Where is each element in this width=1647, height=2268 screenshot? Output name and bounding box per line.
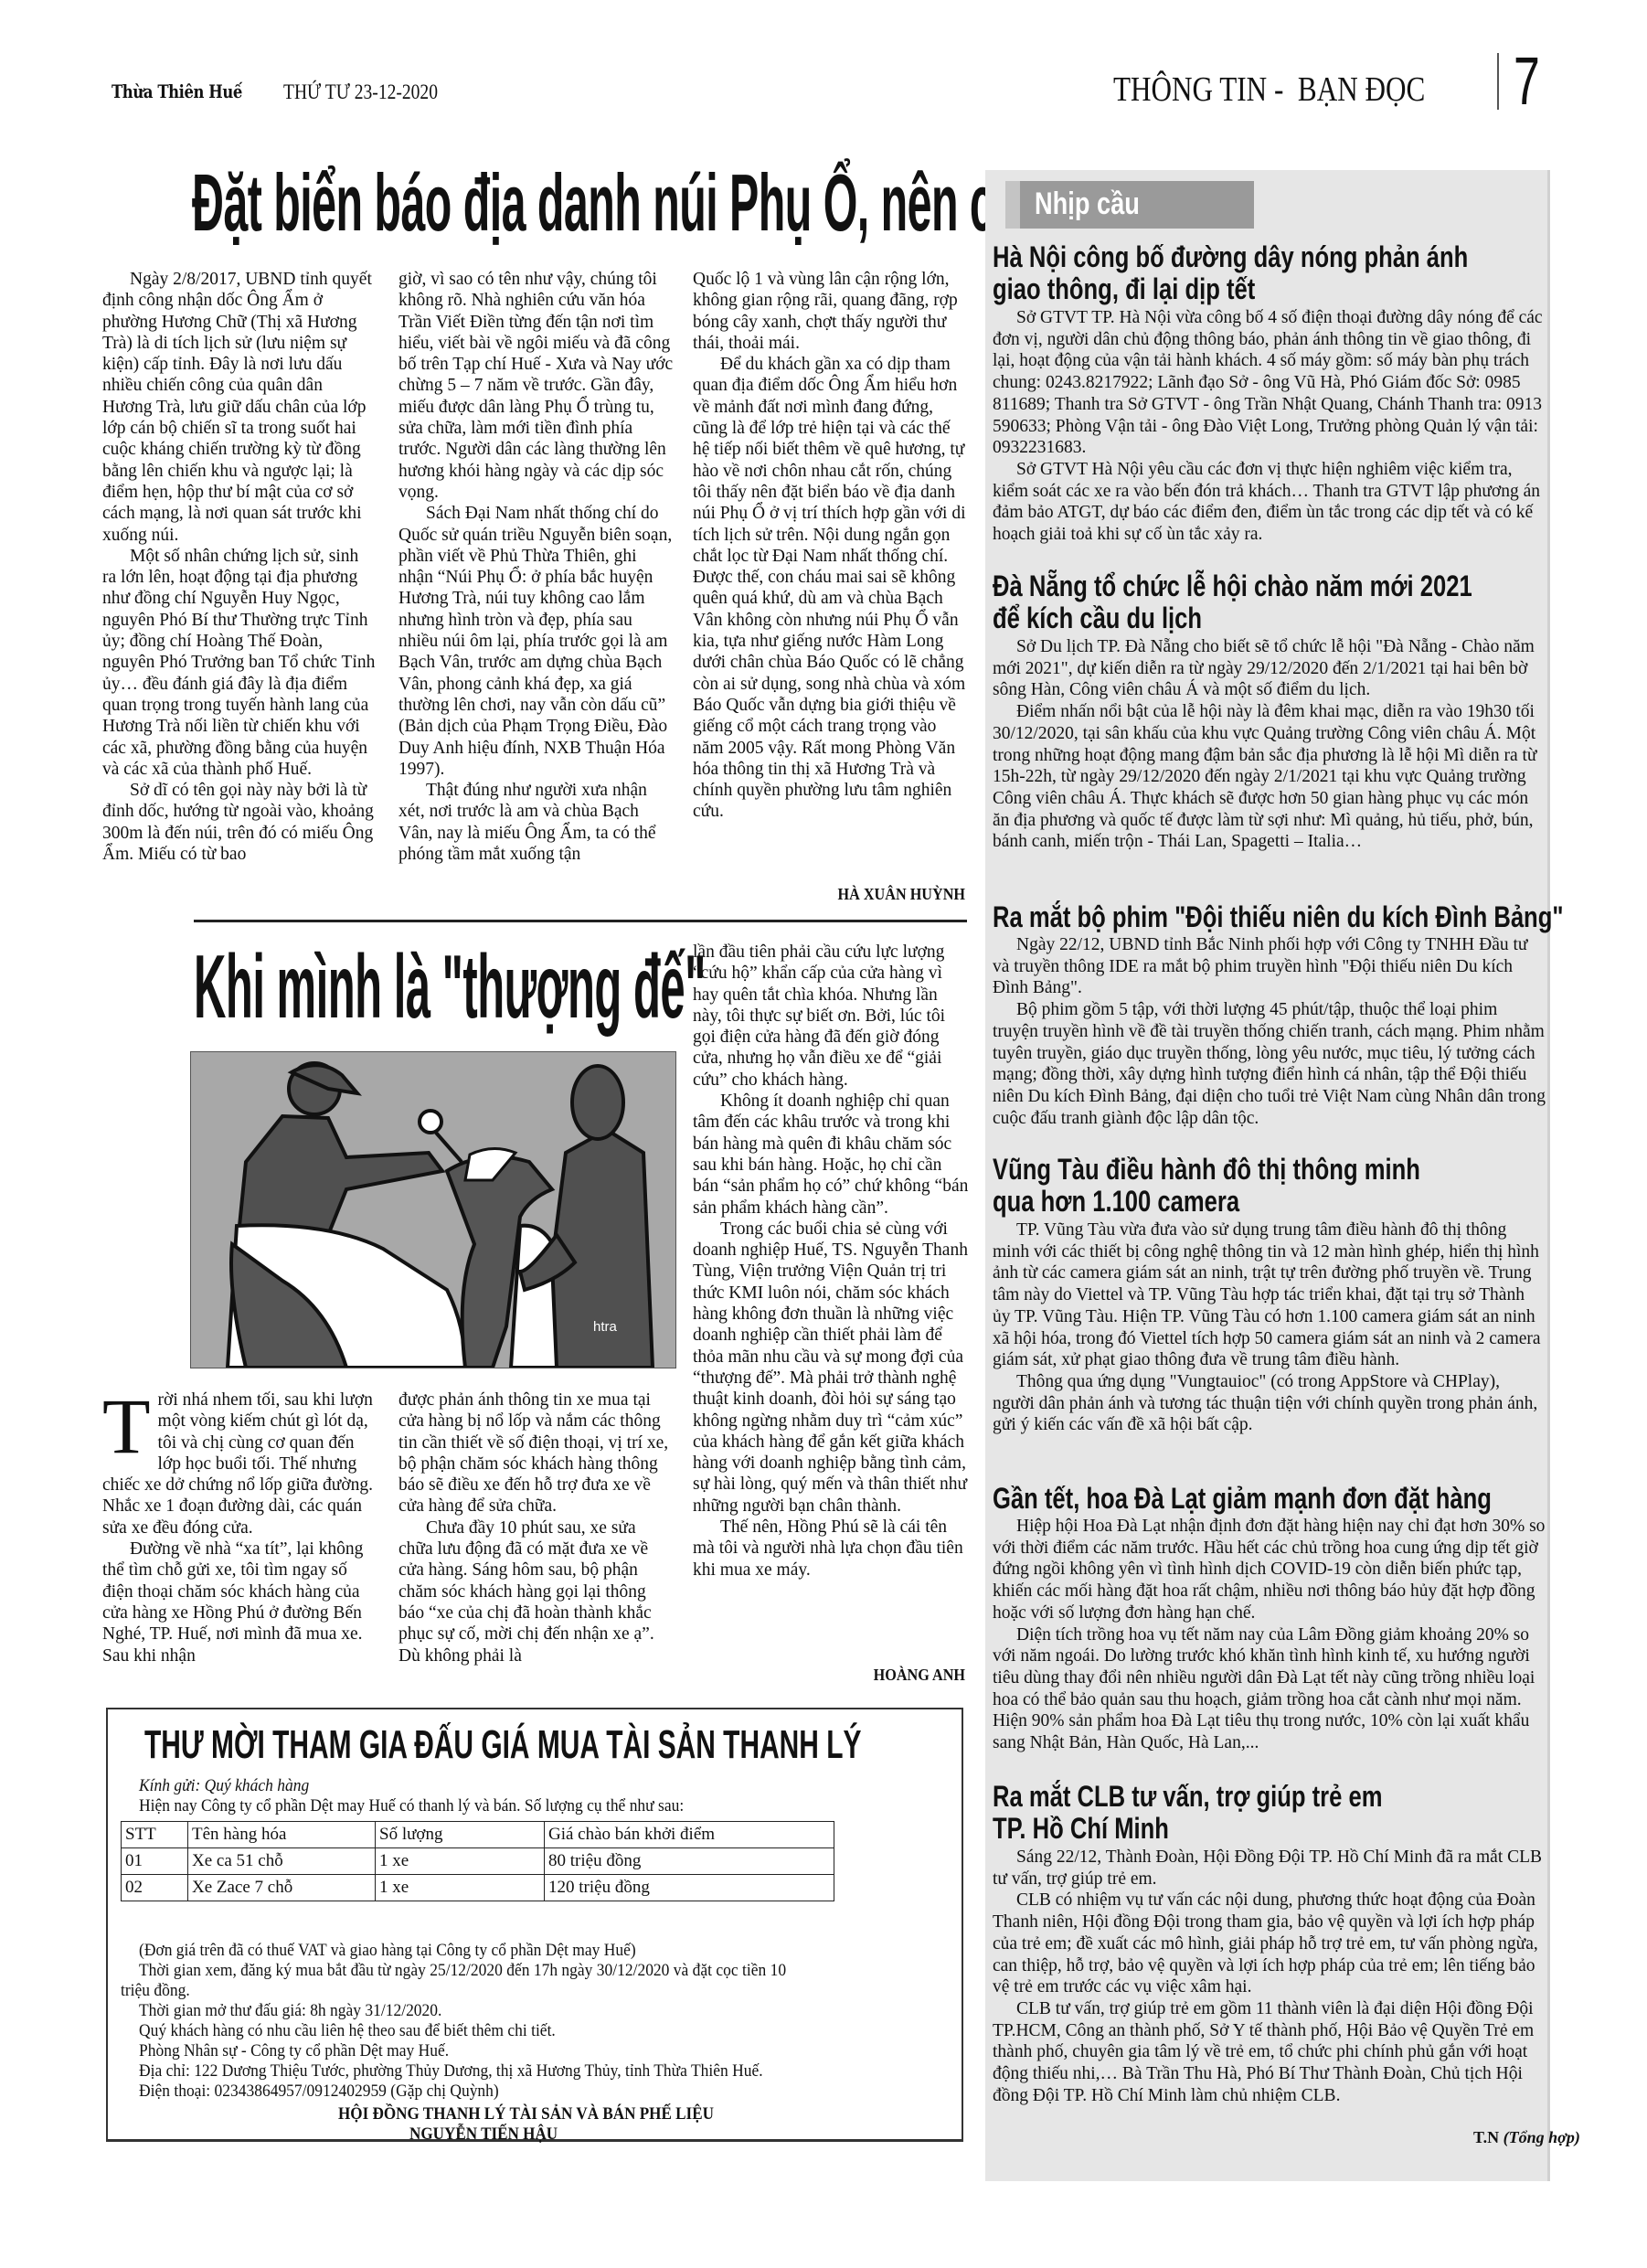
paragraph: CLB tư vấn, trợ giúp trẻ em gồm 11 thành…: [993, 1998, 1546, 2107]
paragraph: Để du khách gần xa có dịp tham quan địa …: [693, 354, 967, 823]
paragraph: TP. Vũng Tàu vừa đưa vào sử dụng trung t…: [993, 1219, 1546, 1371]
table-row: 01 Xe ca 51 chỗ 1 xe 80 triệu đồng: [122, 1848, 834, 1875]
paragraph: Sở Du lịch TP. Đà Nẵng cho biết sẽ tổ ch…: [993, 636, 1546, 701]
article2-column-3: lần đầu tiên phải cầu cứu lực lượng “cứu…: [693, 942, 969, 1581]
credit-name: T.N: [1473, 2128, 1499, 2146]
address: Địa chỉ: 122 Dương Thiệu Tước, phường Th…: [139, 2060, 763, 2082]
table-cell: 1 xe: [376, 1848, 545, 1875]
paragraph: Thông qua ứng dụng "Vungtauioc" (có tron…: [993, 1371, 1546, 1436]
paragraph: Chưa đầy 10 phút sau, xe sửa chữa lưu độ…: [398, 1517, 675, 1666]
article2-column-1: T rời nhá nhem tối, sau khi lượn một vòn…: [102, 1390, 377, 1666]
headline-line: Ra mắt CLB tư vấn, trợ giúp trẻ em: [993, 1781, 1382, 1813]
paragraph: Bộ phim gồm 5 tập, với thời lượng 45 phú…: [993, 999, 1546, 1129]
headline-line: để kích cầu du lịch: [993, 602, 1472, 634]
headline-line: Vũng Tàu điều hành đô thị thông minh: [993, 1154, 1420, 1186]
masthead: Thừa Thiên Huế: [112, 80, 242, 102]
illustration-motorbike-repair: htra: [190, 1051, 676, 1368]
table-header: Giá chào bán khởi điểm: [545, 1822, 834, 1848]
headline-line: qua hơn 1.100 camera: [993, 1186, 1420, 1218]
paragraph: Không ít doanh nghiệp chỉ quan tâm đến c…: [693, 1091, 969, 1219]
sidebar-item-headline: Vũng Tàu điều hành đô thị thông minh qua…: [993, 1154, 1420, 1218]
table-cell: 80 triệu đồng: [545, 1848, 834, 1875]
table-header-row: STT Tên hàng hóa Số lượng Giá chào bán k…: [122, 1822, 834, 1848]
headline-line: TP. Hồ Chí Minh: [993, 1813, 1382, 1845]
sidebar-item-headline: Hà Nội công bố đường dây nóng phản ánh g…: [993, 241, 1468, 305]
price-note: (Đơn giá trên đã có thuế VAT và giao hàn…: [139, 1940, 636, 1961]
article2-byline: HOÀNG ANH: [722, 1666, 965, 1685]
headline-line: Hà Nội công bố đường dây nóng phản ánh: [993, 241, 1468, 273]
article1-column-2: giờ, vì sao có tên như vậy, chúng tôi kh…: [398, 269, 675, 865]
paragraph: Trong các buổi chia sẻ cùng với doanh ng…: [693, 1219, 969, 1517]
sidebar-item-body: Sở Du lịch TP. Đà Nẵng cho biết sẽ tổ ch…: [993, 636, 1546, 853]
sidebar-item-body: Sở GTVT TP. Hà Nội vừa công bố 4 số điện…: [993, 307, 1546, 546]
auction-notice-title: THƯ MỜI THAM GIA ĐẤU GIÁ MUA TÀI SẢN THA…: [144, 1722, 861, 1768]
signature-name: NGUYỄN TIẾN HẬU: [409, 2124, 558, 2145]
paragraph: lần đầu tiên phải cầu cứu lực lượng “cứu…: [693, 942, 969, 1091]
phone: Điện thoại: 02343864957/0912402959 (Gặp …: [139, 2081, 499, 2102]
paragraph: Sở dĩ có tên gọi này này bởi là từ đỉnh …: [102, 780, 377, 865]
table-cell: 1 xe: [376, 1875, 545, 1901]
paragraph: Diện tích trồng hoa vụ tết năm nay của L…: [993, 1624, 1546, 1754]
issue-date: THỨ TƯ 23-12-2020: [283, 80, 438, 104]
page-number-divider: [1497, 53, 1499, 110]
paragraph: Thế nên, Hồng Phú sẽ là cái tên mà tôi v…: [693, 1517, 969, 1581]
headline-line: Ra mắt bộ phim "Đội thiếu niên du kích Đ…: [993, 901, 1563, 933]
viewing-period-cont: triệu đồng.: [121, 1980, 190, 2001]
paragraph: Đường về nhà “xa tít”, lại không thể tìm…: [102, 1539, 377, 1666]
page-number: 7: [1514, 48, 1540, 115]
table-cell: Xe ca 51 chỗ: [188, 1848, 376, 1875]
salutation: Kính gửi: Quý khách hàng: [139, 1775, 309, 1796]
headline-line: Đà Nẵng tổ chức lễ hội chào năm mới 2021: [993, 570, 1472, 602]
table-header: Tên hàng hóa: [188, 1822, 376, 1848]
paragraph: Thật đúng như người xưa nhận xét, nơi tr…: [398, 780, 675, 865]
table-header: Số lượng: [376, 1822, 545, 1848]
headline-line: giao thông, đi lại dịp tết: [993, 273, 1468, 305]
article1-byline: HÀ XUÂN HUỲNH: [722, 885, 965, 904]
paragraph: Ngày 22/12, UBND tỉnh Bắc Ninh phối hợp …: [993, 934, 1546, 999]
table-cell: Xe Zace 7 chỗ: [188, 1875, 376, 1901]
section-tag-label: Nhịp cầu: [1035, 186, 1140, 222]
auction-notice-box: THƯ MỜI THAM GIA ĐẤU GIÁ MUA TÀI SẢN THA…: [106, 1708, 963, 2142]
opening-time: Thời gian mở thư đấu giá: 8h ngày 31/12/…: [139, 2000, 441, 2021]
paragraph: giờ, vì sao có tên như vậy, chúng tôi kh…: [398, 269, 675, 503]
sidebar-item-headline: Ra mắt CLB tư vấn, trợ giúp trẻ em TP. H…: [993, 1781, 1382, 1845]
paragraph: Sách Đại Nam nhất thống chí do Quốc sử q…: [398, 503, 675, 780]
section-name: THÔNG TIN - BẠN ĐỌC: [1113, 69, 1425, 110]
sidebar-credit: T.N (Tổng hợp): [1473, 2128, 1580, 2147]
sidebar-item-body: TP. Vũng Tàu vừa đưa vào sử dụng trung t…: [993, 1219, 1546, 1436]
article2-column-2: được phản ánh thông tin xe mua tại cửa h…: [398, 1390, 675, 1666]
sidebar-item-body: Sáng 22/12, Thành Đoàn, Hội Đồng Đội TP.…: [993, 1847, 1546, 2106]
contact-intro: Quý khách hàng có nhu cầu liên hệ theo s…: [139, 2020, 556, 2041]
sidebar-item-body: Hiệp hội Hoa Đà Lạt nhận định đơn đặt hà…: [993, 1516, 1546, 1754]
department: Phòng Nhân sự - Công ty cổ phần Dệt may …: [139, 2040, 449, 2061]
paragraph: Điểm nhấn nổi bật của lễ hội này là đêm …: [993, 701, 1546, 853]
paragraph: CLB có nhiệm vụ tư vấn các nội dung, phư…: [993, 1890, 1546, 1998]
table-cell: 01: [122, 1848, 188, 1875]
signature-org: HỘI ĐỒNG THANH LÝ TÀI SẢN VÀ BÁN PHẾ LIỆ…: [338, 2104, 714, 2124]
intro-text: Hiện nay Công ty cổ phần Dệt may Huế có …: [139, 1795, 684, 1816]
paragraph: Hiệp hội Hoa Đà Lạt nhận định đơn đặt hà…: [993, 1516, 1546, 1624]
sidebar-item-headline: Ra mắt bộ phim "Đội thiếu niên du kích Đ…: [993, 901, 1563, 933]
paragraph: Sở GTVT Hà Nội yêu cầu các đơn vị thực h…: [993, 459, 1546, 546]
table-cell: 02: [122, 1875, 188, 1901]
auction-items-table: STT Tên hàng hóa Số lượng Giá chào bán k…: [121, 1821, 834, 1901]
paragraph: Một số nhân chứng lịch sử, sinh ra lớn l…: [102, 546, 377, 780]
motorbike-illustration-icon: htra: [191, 1052, 675, 1368]
article2-headline: Khi mình là "thượng đế": [194, 942, 706, 1031]
paragraph: Sở GTVT TP. Hà Nội vừa công bố 4 số điện…: [993, 307, 1546, 459]
article-divider: [194, 920, 967, 922]
table-cell: 120 triệu đồng: [545, 1875, 834, 1901]
paragraph: Quốc lộ 1 và vùng lân cận rộng lớn, khôn…: [693, 269, 967, 354]
sidebar-item-headline: Gần tết, hoa Đà Lạt giảm mạnh đơn đặt hà…: [993, 1483, 1492, 1515]
table-header: STT: [122, 1822, 188, 1848]
sidebar-item-body: Ngày 22/12, UBND tỉnh Bắc Ninh phối hợp …: [993, 934, 1546, 1129]
viewing-period: Thời gian xem, đăng ký mua bắt đầu từ ng…: [139, 1960, 786, 1981]
paragraph: Ngày 2/8/2017, UBND tỉnh quyết định công…: [102, 269, 377, 546]
paragraph: được phản ánh thông tin xe mua tại cửa h…: [398, 1390, 675, 1517]
dropcap: T: [102, 1395, 151, 1457]
headline-line: Gần tết, hoa Đà Lạt giảm mạnh đơn đặt hà…: [993, 1483, 1492, 1515]
artist-signature: htra: [593, 1319, 618, 1335]
credit-note: (Tổng hợp): [1504, 2128, 1580, 2146]
article1-column-1: Ngày 2/8/2017, UBND tỉnh quyết định công…: [102, 269, 377, 865]
sidebar-item-headline: Đà Nẵng tổ chức lễ hội chào năm mới 2021…: [993, 570, 1472, 634]
section-tag-accent: [1005, 181, 1020, 229]
article1-column-3: Quốc lộ 1 và vùng lân cận rộng lớn, khôn…: [693, 269, 967, 823]
article1-headline: Đặt biển báo địa danh núi Phụ Ổ, nên chă…: [192, 163, 1124, 243]
paragraph: Sáng 22/12, Thành Đoàn, Hội Đồng Đội TP.…: [993, 1847, 1546, 1890]
table-row: 02 Xe Zace 7 chỗ 1 xe 120 triệu đồng: [122, 1875, 834, 1901]
